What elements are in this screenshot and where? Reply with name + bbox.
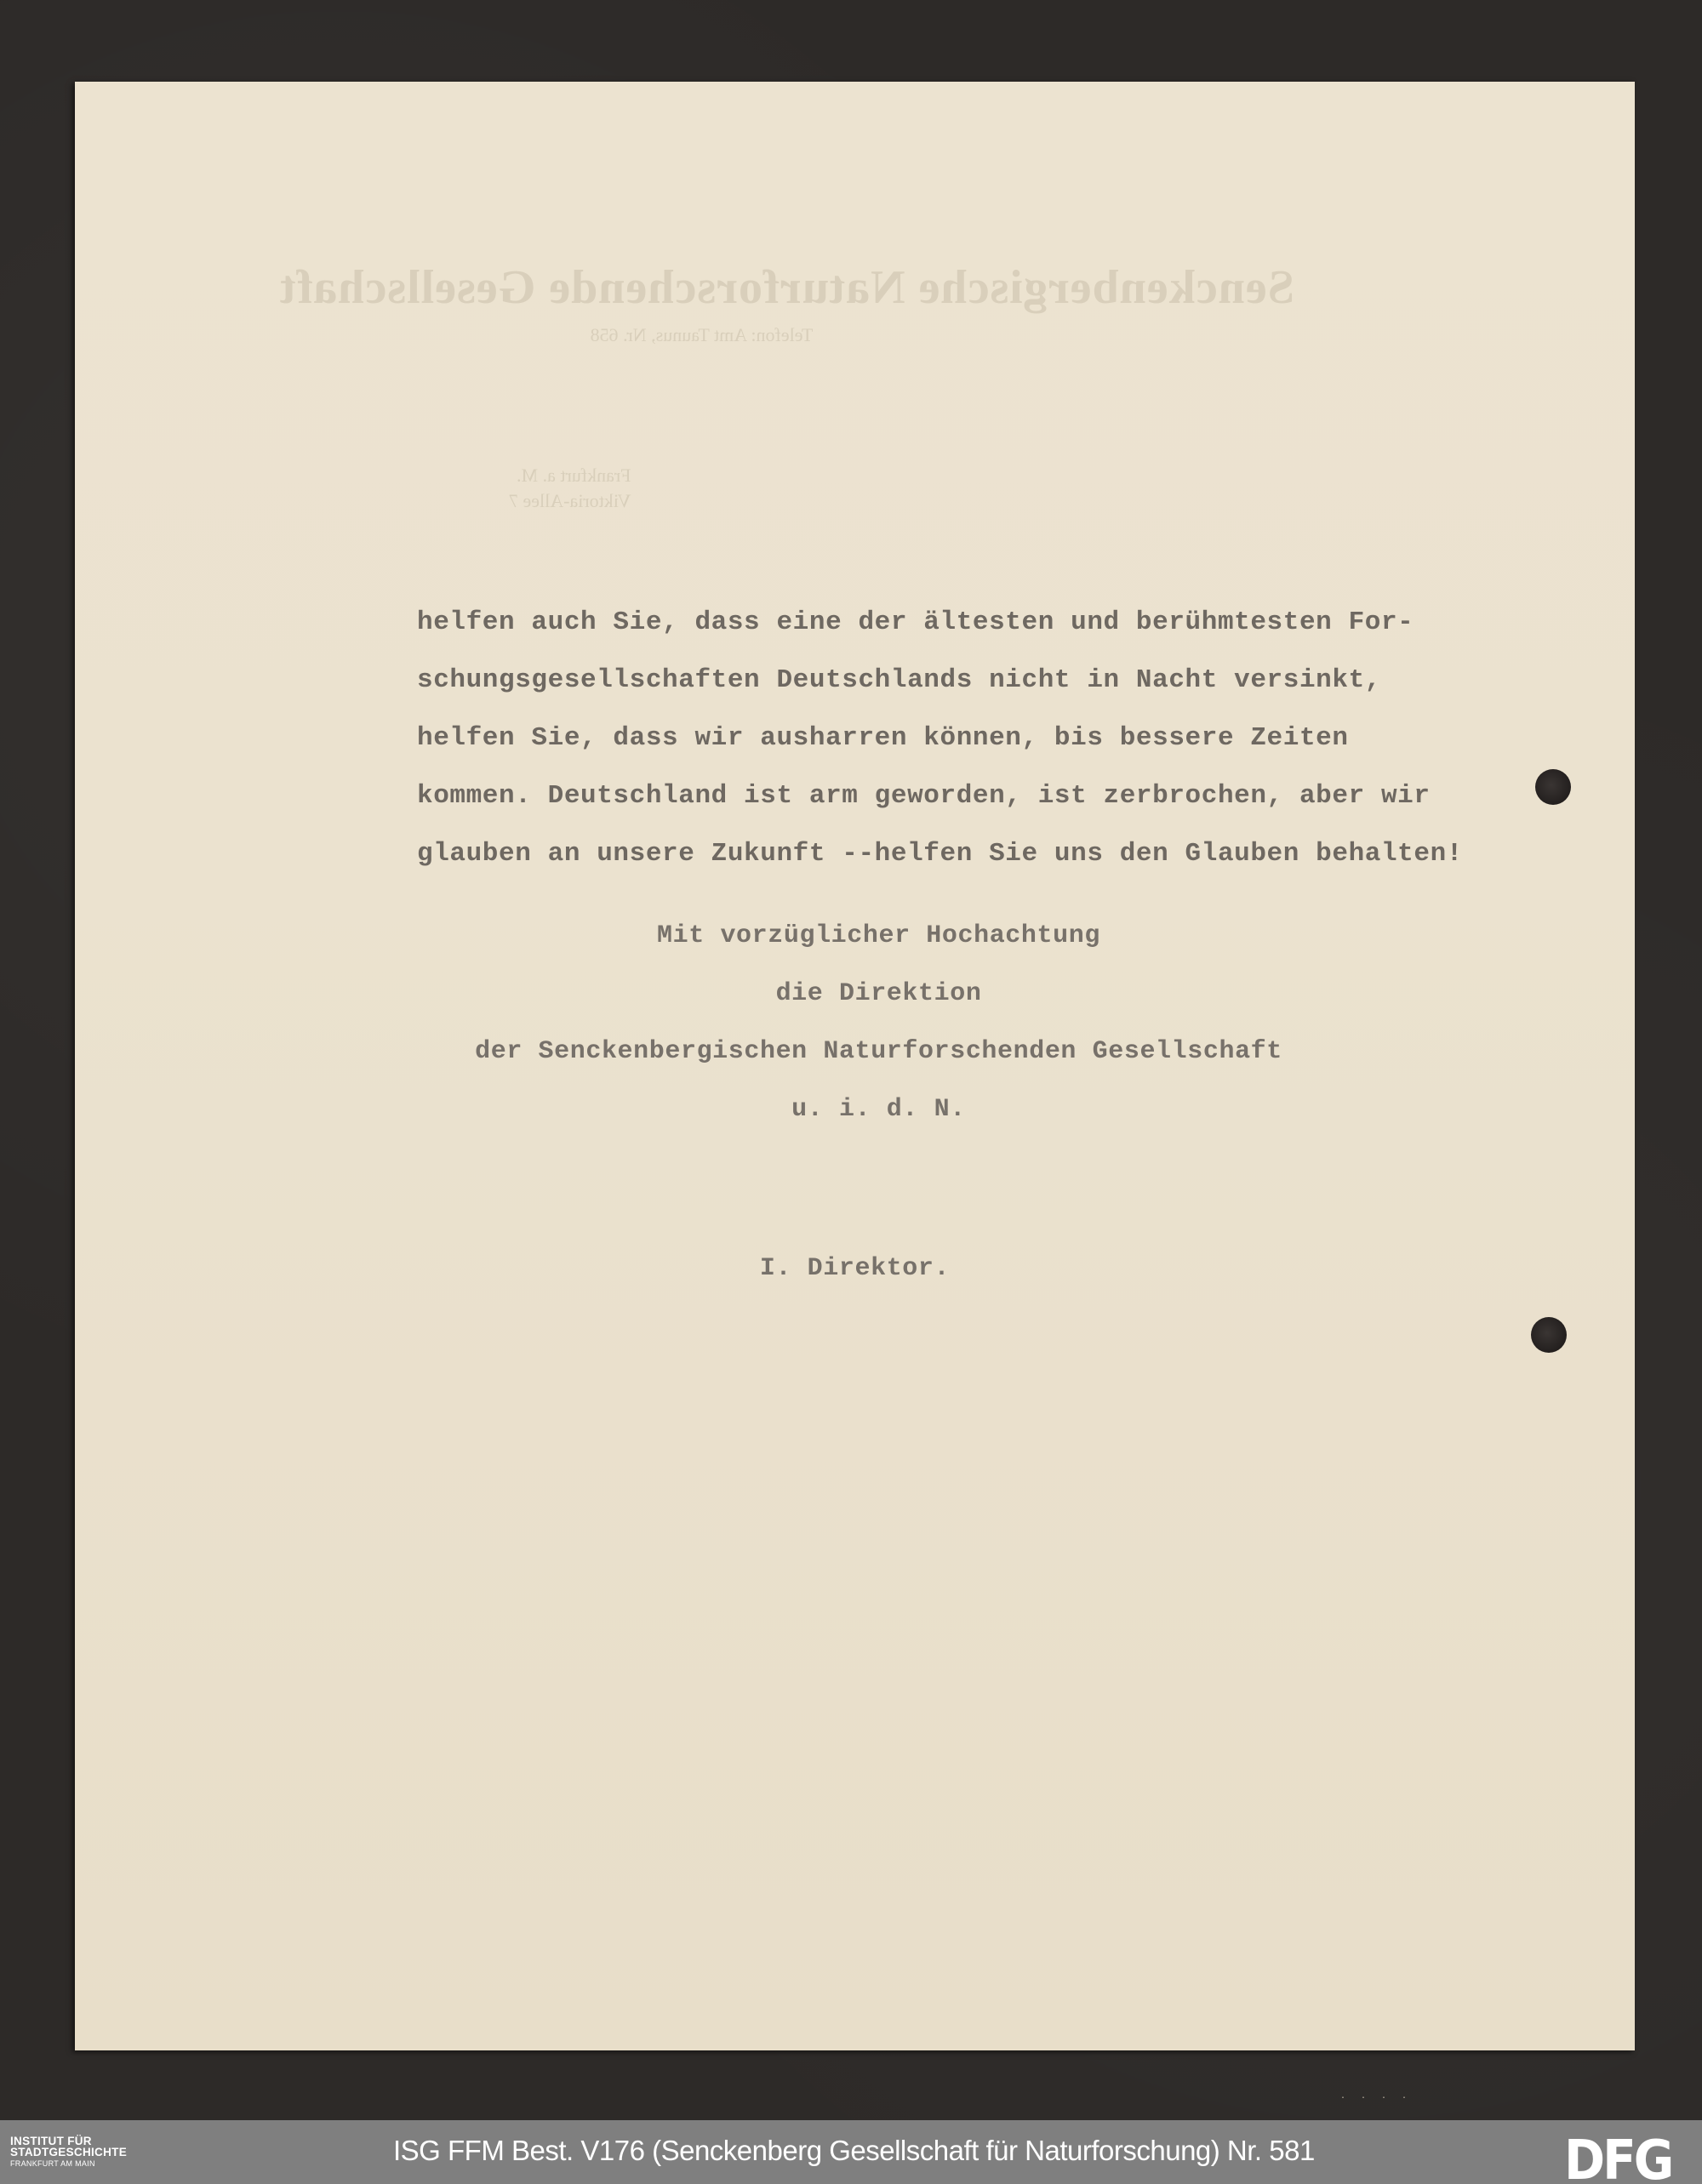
body-line: helfen Sie, dass wir ausharren können, b…: [417, 710, 1642, 767]
letter-body: helfen auch Sie, dass eine der ältesten …: [417, 594, 1642, 883]
document-page: Senckenbergische Naturforschende Gesells…: [75, 82, 1635, 2050]
body-line: glauben an unsere Zukunft --helfen Sie u…: [417, 825, 1642, 883]
dfg-logo-icon: DFG: [1564, 2132, 1671, 2184]
letterhead-place-bleedthrough: Frankfurt a. M. Viktoria-Allee 7: [509, 463, 631, 514]
body-line: kommen. Deutschland ist arm geworden, is…: [417, 767, 1642, 825]
punch-hole-icon: [1535, 769, 1571, 805]
paper-specks: · · · ·: [1340, 2094, 1459, 2102]
closing-block: Mit vorzüglicher Hochachtung die Direkti…: [75, 907, 1659, 1138]
institute-logo-line3: FRANKFURT AM MAIN: [10, 2158, 127, 2170]
archive-footer-bar: INSTITUT FÜR STADTGESCHICHTE FRANKFURT A…: [0, 2120, 1702, 2184]
closing-line: Mit vorzüglicher Hochachtung: [99, 907, 1659, 965]
body-line: schungsgesellschaften Deutschlands nicht…: [417, 652, 1642, 710]
institute-logo-line2: STADTGESCHICHTE: [10, 2147, 127, 2158]
letterhead-place-line1: Frankfurt a. M.: [509, 463, 631, 488]
punch-hole-icon: [1531, 1317, 1567, 1353]
letterhead-phone-bleedthrough: Telefon: Amt Taunus, Nr. 658: [0, 324, 1482, 346]
closing-line: die Direktion: [99, 965, 1659, 1023]
letterhead-place-line2: Viktoria-Allee 7: [509, 488, 631, 514]
closing-line: der Senckenbergischen Naturforschenden G…: [99, 1023, 1659, 1081]
closing-line: u. i. d. N.: [99, 1081, 1659, 1138]
body-line: helfen auch Sie, dass eine der ältesten …: [417, 594, 1642, 652]
archive-caption: ISG FFM Best. V176 (Senckenberg Gesellsc…: [393, 2135, 1315, 2167]
institute-logo: INSTITUT FÜR STADTGESCHICHTE FRANKFURT A…: [10, 2136, 127, 2170]
letterhead-title-bleedthrough: Senckenbergische Naturforschende Gesells…: [7, 260, 1567, 315]
signature-title: I. Direktor.: [75, 1254, 1635, 1283]
